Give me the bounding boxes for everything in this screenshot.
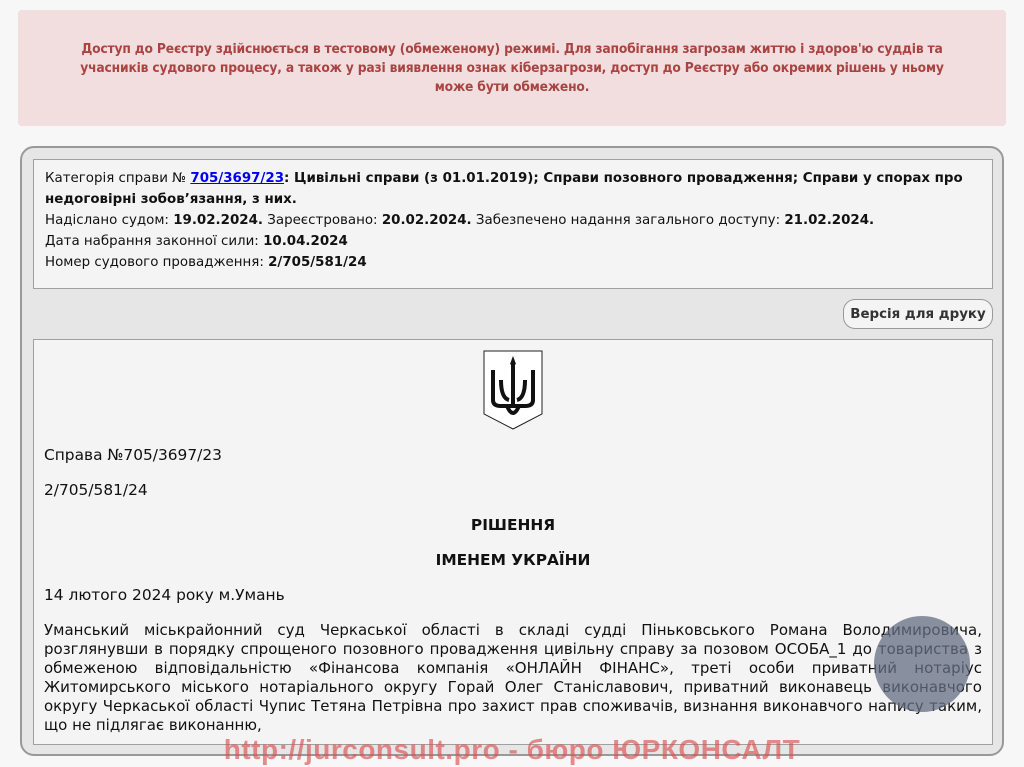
date-place: 14 лютого 2024 року м.Умань bbox=[44, 586, 285, 605]
case-number-link[interactable]: 705/3697/23 bbox=[190, 171, 284, 186]
decision-document: Справа №705/3697/23 2/705/581/24 РІШЕННЯ… bbox=[33, 339, 993, 745]
case-line: Справа №705/3697/23 bbox=[44, 446, 222, 465]
decision-container: Категорія справи № 705/3697/23: Цивільні… bbox=[20, 146, 1004, 756]
proceeding-line: 2/705/581/24 bbox=[44, 481, 148, 500]
case-category: Категорія справи № 705/3697/23: Цивільні… bbox=[45, 168, 981, 210]
effective-date: Дата набрання законної сили: 10.04.2024 bbox=[45, 231, 981, 252]
sent-date: 19.02.2024. bbox=[173, 213, 263, 228]
public-access-date: 21.02.2024. bbox=[784, 213, 874, 228]
ukraine-trident-emblem-icon bbox=[483, 350, 543, 430]
watermark-badge-icon bbox=[874, 616, 970, 712]
registered-date: 20.02.2024. bbox=[382, 213, 472, 228]
decision-title: РІШЕННЯ bbox=[34, 516, 992, 535]
case-dates: Надіслано судом: 19.02.2024. Зареєстрова… bbox=[45, 210, 981, 231]
alert-text: Доступ до Реєстру здійснюється в тестово… bbox=[72, 40, 952, 97]
proceeding-number: Номер судового провадження: 2/705/581/24 bbox=[45, 252, 981, 273]
footer-watermark-link[interactable]: http://jurconsult.pro - бюро ЮРКОНСАЛТ bbox=[0, 734, 1024, 766]
decision-subtitle: ІМЕНЕМ УКРАЇНИ bbox=[34, 551, 992, 570]
registry-access-alert: Доступ до Реєстру здійснюється в тестово… bbox=[18, 10, 1006, 126]
case-info-panel: Категорія справи № 705/3697/23: Цивільні… bbox=[33, 159, 993, 289]
decision-paragraph: Уманський міськрайонний суд Черкаської о… bbox=[44, 621, 982, 735]
print-version-button[interactable]: Версія для друку bbox=[843, 299, 993, 329]
